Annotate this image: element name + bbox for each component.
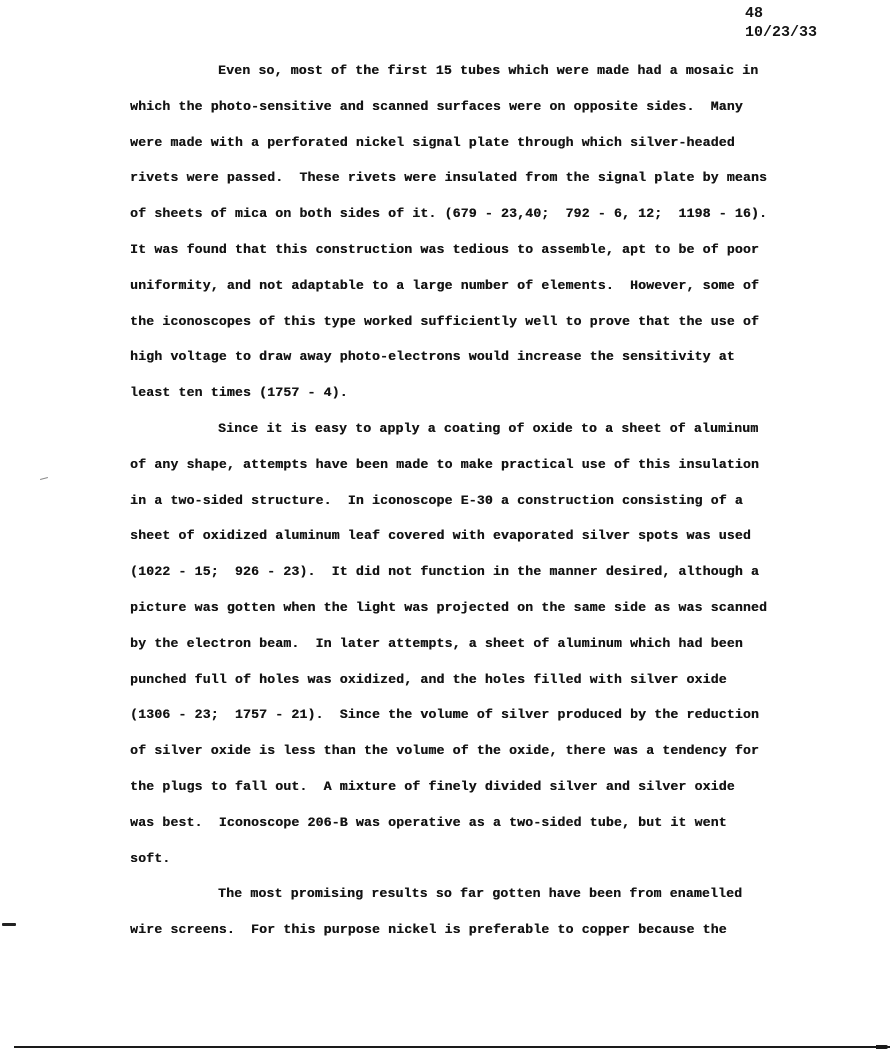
text-line: least ten times (1757 - 4). xyxy=(130,382,820,418)
text-line: soft. xyxy=(130,848,820,884)
text-line: rivets were passed. These rivets were in… xyxy=(130,167,820,203)
text-line: wire screens. For this purpose nickel is… xyxy=(130,919,820,955)
text-line: It was found that this construction was … xyxy=(130,239,820,275)
bottom-rule xyxy=(14,1046,890,1048)
text-line: high voltage to draw away photo-electron… xyxy=(130,346,820,382)
text-line: which the photo-sensitive and scanned su… xyxy=(130,96,820,132)
scan-artifact xyxy=(40,477,48,480)
text-line: the iconoscopes of this type worked suff… xyxy=(130,311,820,347)
text-line: picture was gotten when the light was pr… xyxy=(130,597,820,633)
margin-mark xyxy=(2,923,16,926)
text-line: in a two-sided structure. In iconoscope … xyxy=(130,490,820,526)
text-line: sheet of oxidized aluminum leaf covered … xyxy=(130,525,820,561)
bottom-rule-end xyxy=(876,1045,888,1049)
text-line: Since it is easy to apply a coating of o… xyxy=(130,418,820,454)
page-date: 10/23/33 xyxy=(745,23,817,42)
text-line: of silver oxide is less than the volume … xyxy=(130,740,820,776)
text-line: punched full of holes was oxidized, and … xyxy=(130,669,820,705)
text-line: (1022 - 15; 926 - 23). It did not functi… xyxy=(130,561,820,597)
page-header: 48 10/23/33 xyxy=(745,4,817,42)
text-line: by the electron beam. In later attempts,… xyxy=(130,633,820,669)
paragraph: Since it is easy to apply a coating of o… xyxy=(130,418,820,883)
page-number: 48 xyxy=(745,4,817,23)
paragraph: The most promising results so far gotten… xyxy=(130,883,820,955)
document-body: Even so, most of the first 15 tubes whic… xyxy=(130,60,820,955)
text-line: uniformity, and not adaptable to a large… xyxy=(130,275,820,311)
text-line: of sheets of mica on both sides of it. (… xyxy=(130,203,820,239)
text-line: Even so, most of the first 15 tubes whic… xyxy=(130,60,820,96)
text-line: of any shape, attempts have been made to… xyxy=(130,454,820,490)
text-line: (1306 - 23; 1757 - 21). Since the volume… xyxy=(130,704,820,740)
text-line: The most promising results so far gotten… xyxy=(130,883,820,919)
text-line: were made with a perforated nickel signa… xyxy=(130,132,820,168)
text-line: was best. Iconoscope 206-B was operative… xyxy=(130,812,820,848)
paragraph: Even so, most of the first 15 tubes whic… xyxy=(130,60,820,418)
text-line: the plugs to fall out. A mixture of fine… xyxy=(130,776,820,812)
